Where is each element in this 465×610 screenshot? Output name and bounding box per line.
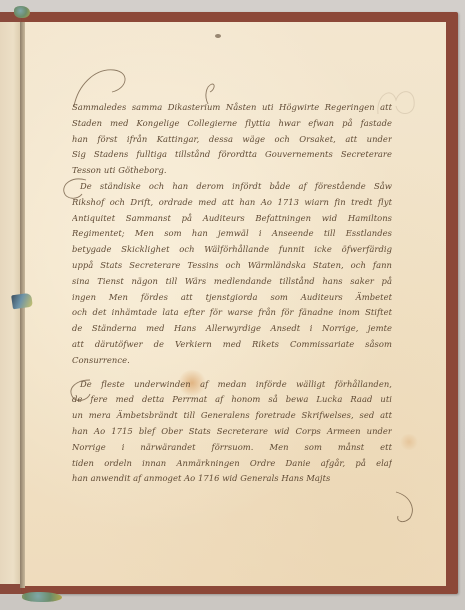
bookmark-ribbon <box>11 293 33 310</box>
text-line: att därutöfwer de Verkiern med Rikets Co… <box>72 337 392 353</box>
text-line: ingen Men fördes att tjenstgiorda som Au… <box>72 290 392 306</box>
text-line: Sig Stadens fulltiga tillstånd förordtta… <box>72 147 392 163</box>
text-line: De ständiske och han derom infördt både … <box>72 179 392 195</box>
text-line: uppå Stats Secreterare Tessins och Wärml… <box>72 258 392 274</box>
text-line: han först ifrån Kattingar, dessa wäge oc… <box>72 132 392 148</box>
text-line: de Ständerna med Hans Allerwyrdige Ansed… <box>72 321 392 337</box>
text-line: Staden med Kongelige Collegierne flyttia… <box>72 116 392 132</box>
text-line: betygade Skicklighet och Wälförhållande … <box>72 242 392 258</box>
manuscript-scan: Sammaledes samma Dikasterium Nåsten uti … <box>0 0 465 610</box>
paragraph-3: De fleste underwinden af medan införde w… <box>72 377 392 488</box>
manuscript-text: Sammaledes samma Dikasterium Nåsten uti … <box>72 100 392 487</box>
text-line: han Ao 1715 blef Ober Stats Secreterare … <box>72 424 392 440</box>
text-line: sina Tienst nägon till Wärs medlendande … <box>72 274 392 290</box>
text-line: han anwendit af anmoget Ao 1716 wid Gene… <box>72 471 392 487</box>
text-line: Regimentet; Men som han jemwäl i Anseend… <box>72 226 392 242</box>
paper-stain <box>399 434 419 450</box>
closing-flourish-icon <box>392 490 420 526</box>
text-line: Rikshof och Drift, ordrade med att han A… <box>72 195 392 211</box>
text-line: De fleste underwinden af medan införde w… <box>72 377 392 393</box>
bookmark-tassel-top <box>14 6 30 18</box>
text-line: de fere med detta Perrmat af honom så be… <box>72 392 392 408</box>
paragraph-2: De ständiske och han derom infördt både … <box>72 179 392 369</box>
text-line: Consurrence. <box>72 353 392 369</box>
text-line: Norrige i närwärandet förrsuom. Men som … <box>72 440 392 456</box>
text-line: och det inhämtade lata efter för warse f… <box>72 305 392 321</box>
text-line: Tesson uti Götheborg. <box>72 163 392 179</box>
paragraph-spacer <box>72 369 392 377</box>
text-line: Sammaledes samma Dikasterium Nåsten uti … <box>72 100 392 116</box>
text-line: tiden ordeln innan Anmärkningen Ordre Da… <box>72 456 392 472</box>
text-line: Antiquitet Sammanst på Auditeurs Befattn… <box>72 211 392 227</box>
text-line: un mera Ämbetsbrändt till Generalens for… <box>72 408 392 424</box>
paragraph-1: Sammaledes samma Dikasterium Nåsten uti … <box>72 100 392 179</box>
paper-spot <box>215 34 221 38</box>
bookmark-tassel-bottom <box>22 592 62 602</box>
